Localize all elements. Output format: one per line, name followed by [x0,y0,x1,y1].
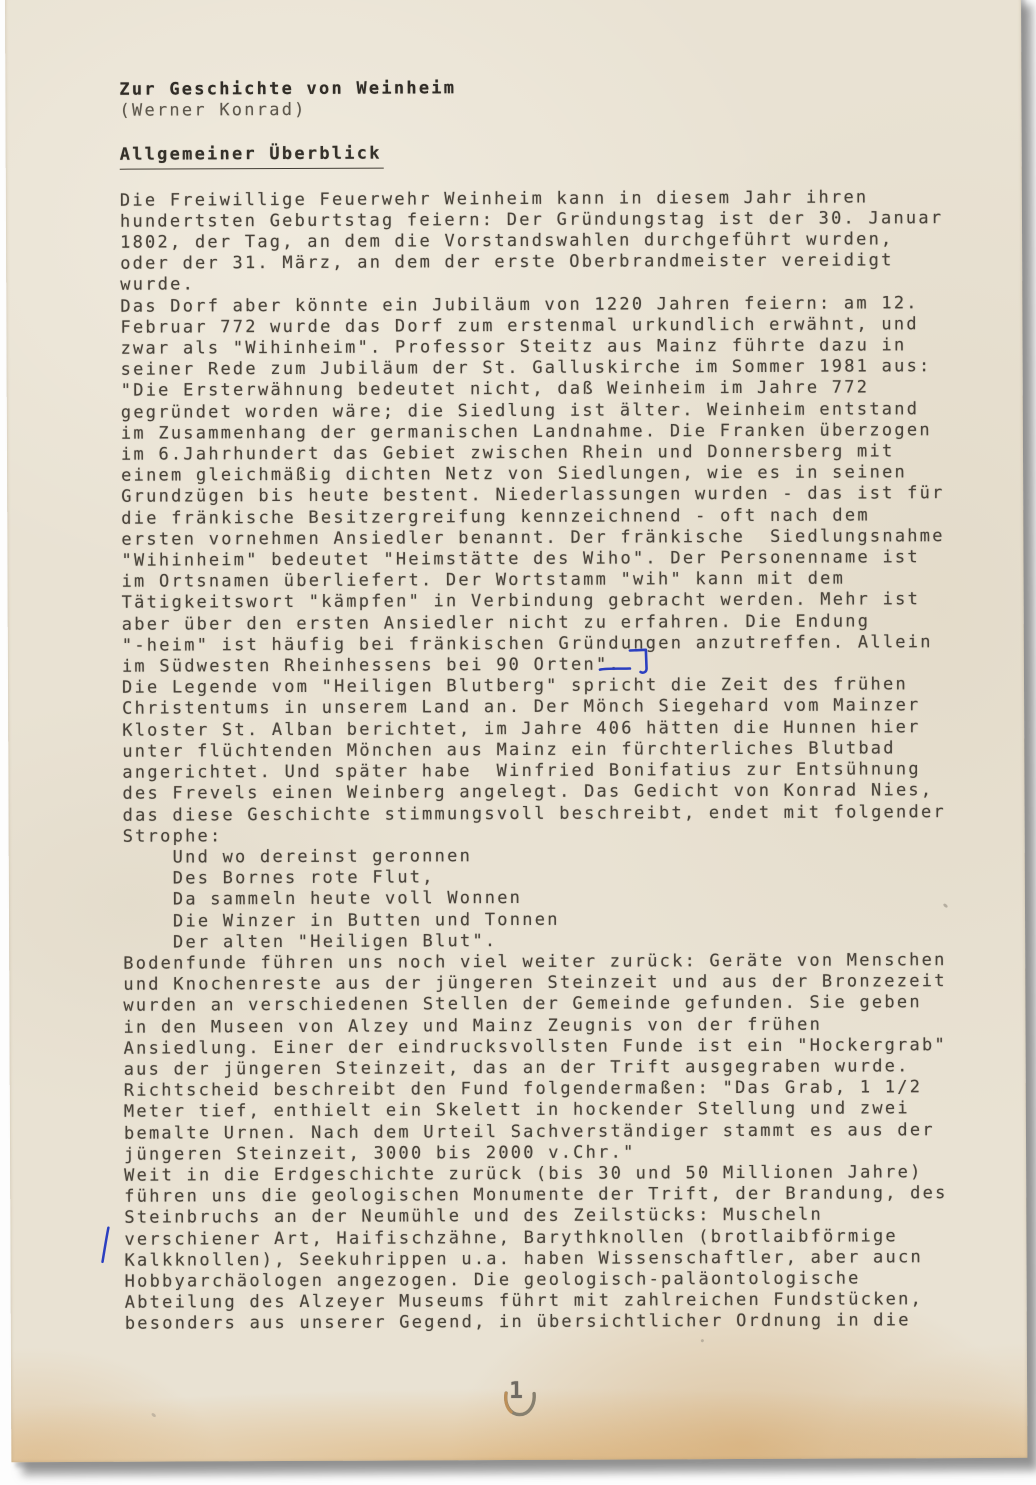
typewritten-content: Zur Geschichte von Weinheim (Werner Konr… [119,76,990,1335]
scan-background: Zur Geschichte von Weinheim (Werner Konr… [0,0,1036,1485]
scan-speck [700,1339,704,1343]
paper-sheet: Zur Geschichte von Weinheim (Werner Konr… [5,0,1027,1462]
blue-pen-margin-slash [94,1224,118,1268]
page-number: 1 [509,1378,523,1404]
document-body-text: Die Freiwillige Feuerwehr Weinheim kann … [120,187,991,1336]
scan-speck [151,1412,157,1418]
section-heading: Allgemeiner Überblick [120,144,384,169]
